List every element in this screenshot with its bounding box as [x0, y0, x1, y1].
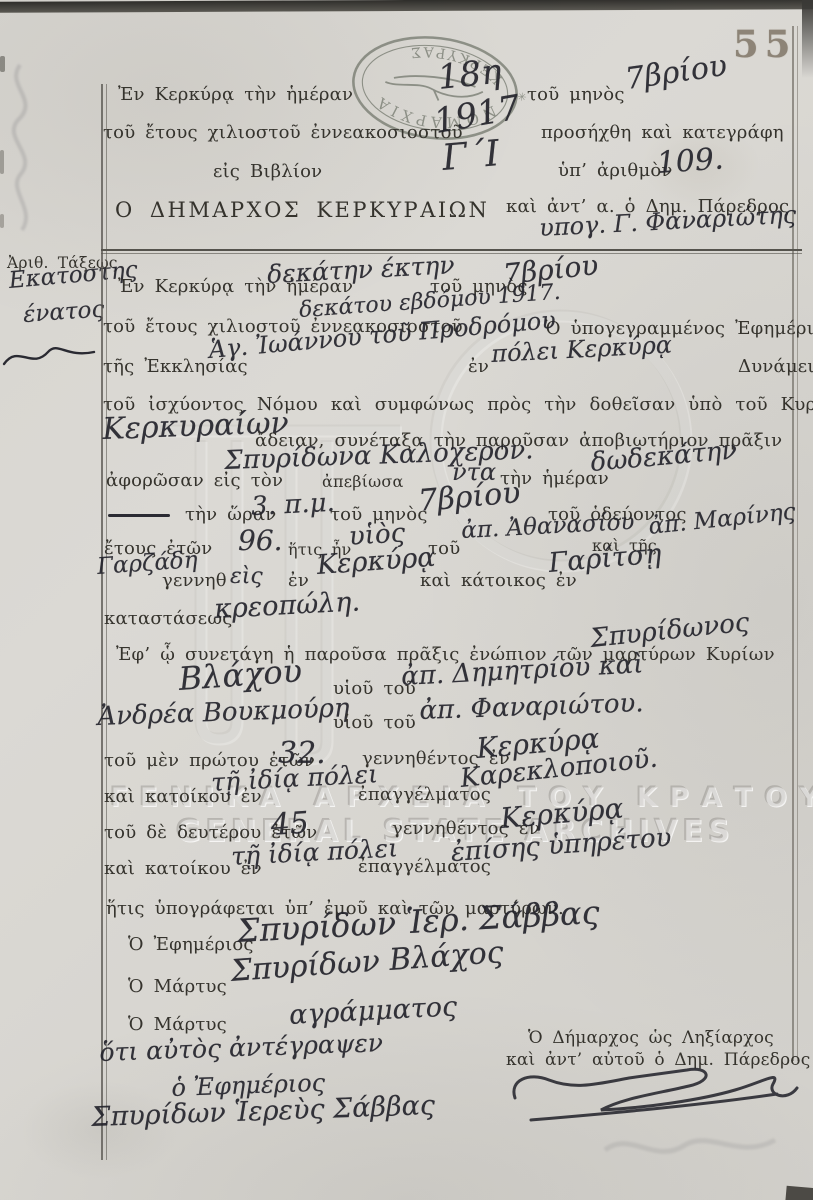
act-l3-dynamei: Δυνάμει	[738, 356, 813, 377]
act-status-label: καταστάσεως	[104, 608, 233, 629]
reg-month-entry: 7βρίου	[623, 48, 729, 97]
reg-line2-prefix: τοῦ ἔτους χιλιοστοῦ ἐννεακοσιοστοῦ	[103, 122, 463, 143]
registrar-line1: Ὁ Δήμαρχος ὡς Ληξίαρχος	[528, 1028, 774, 1048]
priest-note-signature: Σπυρίδων Ἱερεὺς Σάββας	[91, 1090, 436, 1133]
witness2-illiterate-note: αγράμματος	[288, 991, 458, 1031]
reg-line1-month-label: τοῦ μηνὸς	[527, 84, 625, 105]
form-left-rule-outer	[101, 84, 103, 1160]
act-l13-sonof: υἱοῦ τοῦ	[333, 712, 416, 733]
mayor-title: Ο ΔΗΜΑΡΧΟΣ ΚΕΡΚΥΡΑΙΩΝ	[115, 198, 489, 222]
reg-number-entry: 109.	[656, 141, 725, 181]
page-fold-line-inner	[797, 26, 798, 1061]
act-born-label: γεννηθ	[162, 570, 227, 591]
scan-bottom-right-mark	[785, 1186, 813, 1200]
witness2-label: Ὁ Μάρτυς	[128, 1014, 227, 1035]
page-fold-line-outer	[792, 26, 794, 1061]
act-blank-dash	[108, 514, 170, 517]
act-born-suffix-entry: εὶς	[230, 564, 263, 589]
bleedthrough-scribble-top-left	[0, 60, 60, 240]
bleedthrough-scribble-bottom	[600, 1120, 780, 1180]
act-day-entry: δεκάτην έκτην	[266, 250, 455, 289]
page-number: 55	[733, 22, 797, 66]
reg-number-label: ὑπ’ ἀριθμὸν	[558, 160, 673, 181]
scan-top-edge	[0, 0, 813, 13]
scan-right-corner	[802, 0, 813, 78]
margin-flourish	[0, 340, 100, 380]
act-hour-entry: 3. π.μ.	[250, 488, 335, 522]
act-l3-en: ἐν	[468, 356, 489, 377]
reg-line2-suffix: προσήχθη καὶ κατεγράφη	[541, 122, 784, 143]
reg-line1-prefix: Ἐν Κερκύρᾳ τὴν ἡμέραν	[118, 84, 353, 105]
reg-book-entry: Γ΄Ι	[440, 133, 501, 179]
act-l9-en: ἐν	[288, 570, 309, 591]
scanned-death-record-page: ΓΕΝΙΚΑ ΑΡΧΕΙΑ ΤΟΥ ΚΡΑΤΟΥΣ GENERAL STATE …	[0, 0, 813, 1200]
witness1-label: Ὁ Μάρτυς	[128, 976, 227, 997]
priest-label: Ὁ Ἐφημέριος	[128, 934, 254, 955]
margin-ordinal-line2: ένατος	[22, 296, 105, 328]
act-age-entry: 96.	[238, 524, 283, 557]
reg-book-label: εἰς Βιβλίον	[213, 161, 322, 182]
